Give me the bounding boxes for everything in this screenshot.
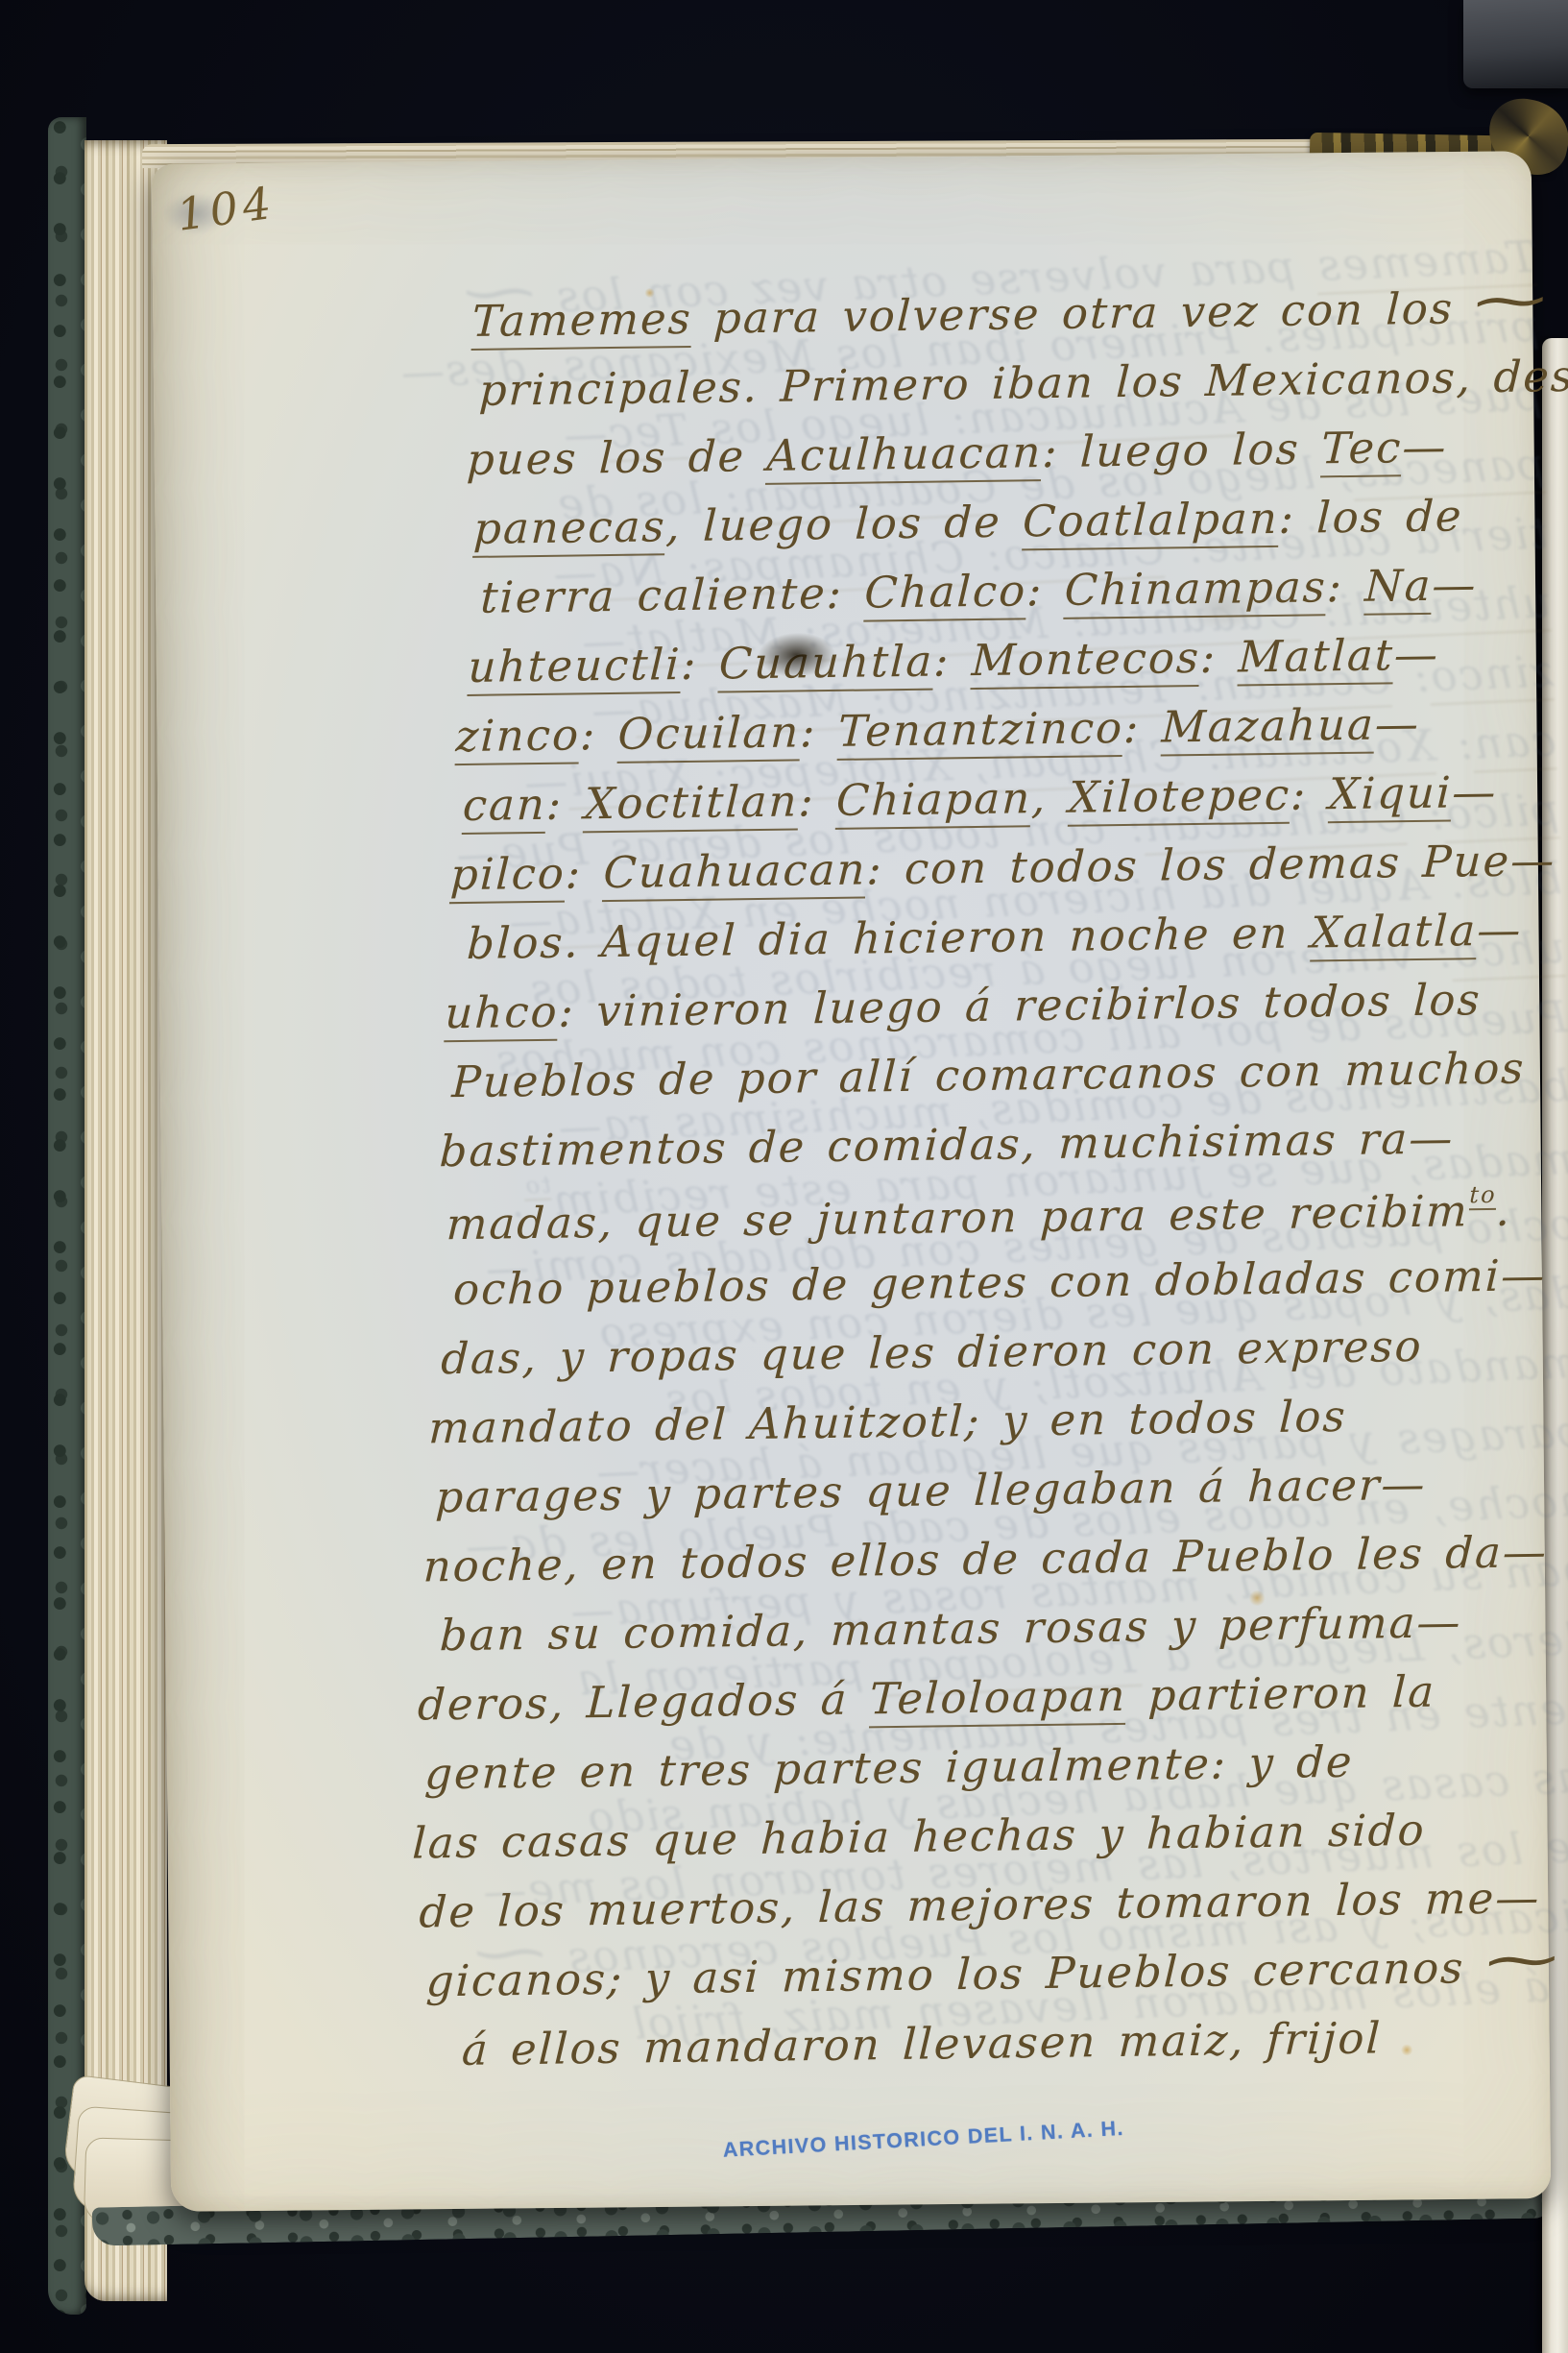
underlined-place-name: uhco	[444, 986, 560, 1043]
text-segment: para volverse otra vez con los	[691, 282, 1477, 344]
text-segment: :	[565, 847, 605, 899]
text-segment: : los de	[1278, 490, 1464, 544]
text-segment: :	[1290, 768, 1330, 820]
text-segment: :	[545, 778, 586, 830]
underlined-place-name: zinco	[455, 709, 582, 765]
text-segment: : vinieron luego á recibirlos todos los	[558, 974, 1483, 1037]
text-segment: —	[1431, 559, 1478, 611]
underlined-place-name: Chinampas	[1064, 561, 1328, 619]
underlined-place-name: Teloloapan	[869, 1670, 1128, 1729]
underlined-place-name: Cuauhtla	[718, 636, 935, 693]
underlined-place-name: Tec	[1320, 422, 1404, 477]
underlined-place-name: Montecos	[971, 632, 1202, 690]
text-segment: partieron la	[1125, 1666, 1436, 1721]
text-segment: blos. Aquel dia hicieron noche en	[466, 907, 1312, 969]
text-segment: :	[1199, 631, 1240, 683]
archive-stamp: ARCHIVO HISTORICO DEL I. N. A. H.	[722, 2117, 1124, 2163]
underlined-place-name: Cuahuacan	[602, 843, 867, 902]
text-segment: , luego los de	[665, 496, 1025, 551]
underlined-place-name: uhteuctli	[467, 639, 682, 696]
underlined-place-name: Xiqui	[1328, 767, 1454, 824]
photograph-background: 104 Tamemes para volverse otra vez con l…	[0, 0, 1568, 2353]
underlined-place-name: Tamemes	[471, 293, 693, 351]
stain-spot	[1248, 1590, 1266, 1606]
underlined-place-name: Aculhuacan	[765, 426, 1043, 485]
text-segment: gente en tres partes igualmente: y de	[423, 1736, 1354, 1800]
underlined-place-name: Na	[1363, 560, 1433, 616]
manuscript-text: Tamemes para volverse otra vez con los ~…	[402, 280, 1568, 2095]
underlined-place-name: Xalatla	[1310, 905, 1479, 961]
text-segment: tierra caliente:	[479, 568, 865, 623]
text-segment: —	[1476, 905, 1523, 957]
book-cover-left-edge	[48, 117, 86, 2315]
stain-spot	[644, 288, 655, 298]
underlined-place-name: can	[462, 779, 547, 835]
underlined-place-name: Coatlalpan	[1022, 493, 1280, 551]
text-segment: mandato del Ahuitzotl; y en todos los	[427, 1391, 1347, 1454]
text-segment: : luego los	[1041, 423, 1322, 477]
underlined-place-name: Chalco	[863, 565, 1027, 621]
text-segment: —	[1374, 698, 1421, 750]
text-segment: :	[798, 775, 838, 827]
underlined-place-name: Tenantzinco	[837, 702, 1125, 761]
text-segment: ~	[1466, 266, 1560, 333]
underlined-place-name: pilco	[449, 848, 567, 905]
text-segment: —	[1451, 766, 1498, 818]
text-segment: to	[1469, 1181, 1497, 1210]
underlined-place-name: panecas	[472, 500, 667, 558]
text-segment: pues los de	[466, 430, 768, 485]
text-segment: deros, Llegados á	[417, 1673, 871, 1730]
text-segment: ,	[1030, 772, 1070, 824]
text-segment: :	[1122, 701, 1163, 753]
text-segment: ~	[1477, 1926, 1568, 1993]
text-segment: .	[1495, 1185, 1512, 1236]
underlined-place-name: Xilotepec	[1068, 769, 1292, 827]
manuscript-page: 104 Tamemes para volverse otra vez con l…	[152, 151, 1551, 2212]
page-number: 104	[174, 177, 278, 241]
text-segment: :	[1326, 561, 1366, 613]
text-segment: —	[1393, 629, 1440, 681]
underlined-place-name: Matlat	[1237, 629, 1395, 686]
text-segment: :	[1025, 565, 1066, 617]
text-segment: madas, que se juntaron para este recibim	[446, 1185, 1470, 1249]
underlined-place-name: Xoctitlan	[583, 775, 799, 833]
text-segment: :	[799, 706, 839, 758]
underlined-place-name: Chiapan	[835, 772, 1033, 830]
background-object	[1463, 0, 1568, 88]
stain-spot	[1401, 2044, 1413, 2055]
text-segment: :	[579, 709, 619, 761]
text-segment: : con todos los demas Pue—	[866, 835, 1557, 894]
underlined-place-name: Ocuilan	[616, 706, 801, 764]
text-segment: á ellos mandaron llevasen maiz, frijol	[461, 2012, 1383, 2075]
text-segment: —	[1401, 422, 1448, 473]
text-segment: :	[932, 635, 973, 687]
text-segment: :	[680, 639, 720, 691]
underlined-place-name: Mazahua	[1161, 699, 1377, 757]
